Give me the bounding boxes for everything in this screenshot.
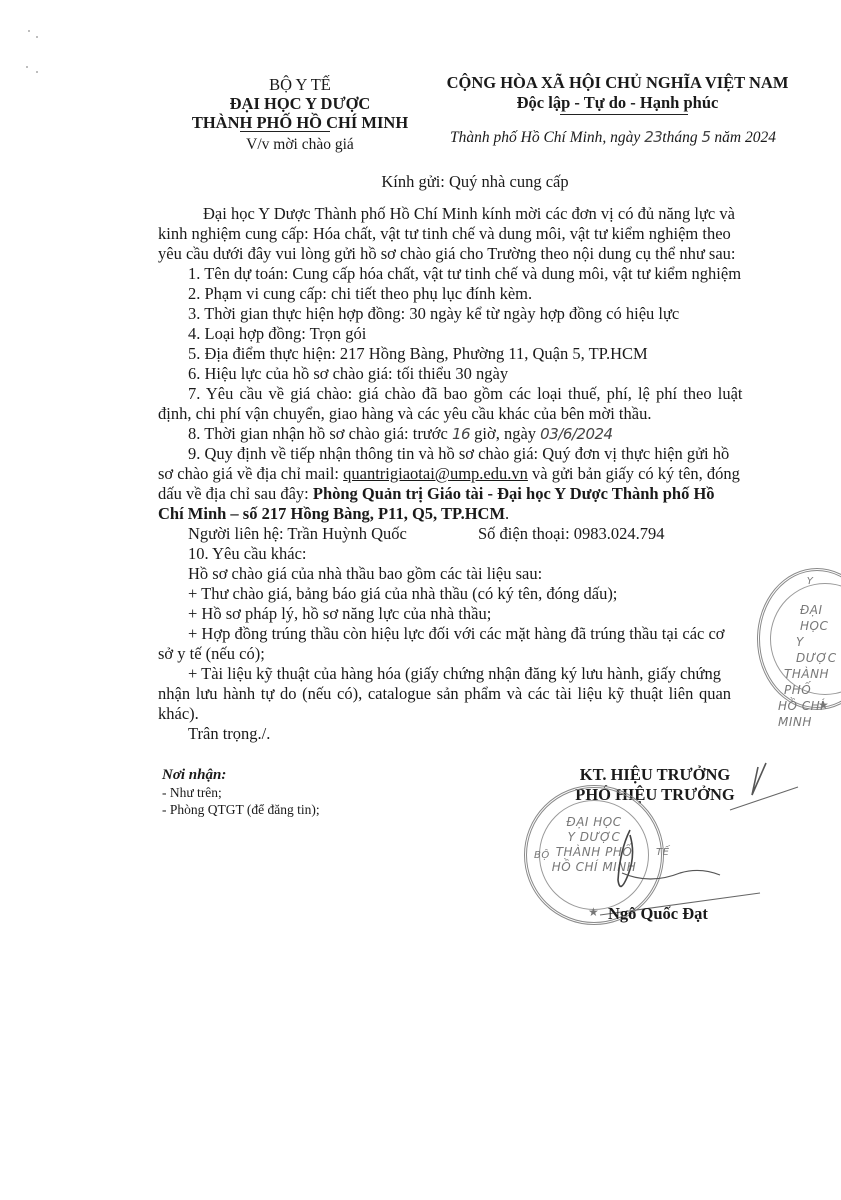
country-name: CỘNG HÒA XÃ HỘI CHỦ NGHĨA VIỆT NAM — [430, 73, 805, 93]
intro-line: kinh nghiệm cung cấp: Hóa chất, vật tư t… — [158, 224, 798, 244]
doc-item-cont: sở y tế (nếu có); — [158, 644, 798, 664]
handwritten-day: 23 — [644, 128, 662, 146]
salutation: Kính gửi: Quý nhà cung cấp — [150, 172, 800, 192]
letter-body: Đại học Y Dược Thành phố Hồ Chí Minh kín… — [158, 204, 798, 744]
header-left-rule — [240, 131, 330, 132]
scan-speck — [36, 71, 38, 73]
item-9-cont: sơ chào giá về địa chỉ mail: quantrigiao… — [158, 464, 798, 484]
contact-line: Người liên hệ: Trần Huỳnh QuốcSố điện th… — [158, 524, 798, 544]
item-8: 8. Thời gian nhận hồ sơ chào giá: trước … — [158, 424, 798, 444]
signer-name: Ngô Quốc Đạt — [608, 904, 708, 924]
scan-speck — [36, 36, 38, 38]
header-right: CỘNG HÒA XÃ HỘI CHỦ NGHĨA VIỆT NAM Độc l… — [430, 73, 805, 113]
closing: Trân trọng./. — [158, 724, 798, 744]
item-1: 1. Tên dự toán: Cung cấp hóa chất, vật t… — [158, 264, 798, 284]
item-9-cont: Chí Minh – số 217 Hồng Bàng, P11, Q5, TP… — [158, 504, 798, 524]
doc-item-cont: khác). — [158, 704, 798, 724]
doc-item: + Tài liệu kỹ thuật của hàng hóa (giấy c… — [158, 664, 798, 684]
contact-person: Người liên hệ: Trần Huỳnh Quốc — [188, 524, 478, 544]
intro-line: yêu cầu dưới đây vui lòng gửi hồ sơ chào… — [158, 244, 798, 264]
ministry-name: BỘ Y TẾ — [150, 75, 450, 94]
docs-intro: Hồ sơ chào giá của nhà thầu bao gồm các … — [158, 564, 798, 584]
contact-phone: Số điện thoại: 0983.024.794 — [478, 524, 665, 543]
handwritten-deadline-date: 03/6/2024 — [540, 425, 612, 443]
handwritten-month: 5 — [701, 128, 710, 146]
recipients-title: Nơi nhận: — [162, 766, 320, 784]
university-name-line2: THÀNH PHỐ HỒ CHÍ MINH — [150, 113, 450, 132]
item-7: 7. Yêu cầu về giá chào: giá chào đã bao … — [158, 384, 798, 404]
doc-item: + Hồ sơ pháp lý, hồ sơ năng lực của nhà … — [158, 604, 798, 624]
recipient-item: - Phòng QTGT (để đăng tin); — [162, 801, 320, 818]
recipients-block: Nơi nhận: - Như trên; - Phòng QTGT (để đ… — [162, 766, 320, 818]
item-10: 10. Yêu cầu khác: — [158, 544, 798, 564]
item-9: 9. Quy định về tiếp nhận thông tin và hồ… — [158, 444, 798, 464]
scan-speck — [26, 66, 28, 68]
doc-item: + Hợp đồng trúng thầu còn hiệu lực đối v… — [158, 624, 798, 644]
header-left: BỘ Y TẾ ĐẠI HỌC Y DƯỢC THÀNH PHỐ HỒ CHÍ … — [150, 75, 450, 132]
item-2: 2. Phạm vi cung cấp: chi tiết theo phụ l… — [158, 284, 798, 304]
university-name-line1: ĐẠI HỌC Y DƯỢC — [150, 94, 450, 113]
scan-speck — [28, 30, 30, 32]
item-3: 3. Thời gian thực hiện hợp đồng: 30 ngày… — [158, 304, 798, 324]
document-date: Thành phố Hồ Chí Minh, ngày 23tháng 5 nă… — [450, 128, 776, 147]
national-motto: Độc lập - Tự do - Hạnh phúc — [430, 93, 805, 113]
stamp-star-icon: ★ — [818, 698, 829, 713]
doc-item-cont: nhận lưu hành tự do (nếu có), catalogue … — [158, 684, 798, 704]
handwritten-hour: 16 — [452, 425, 470, 443]
stamp-text-partial: ĐẠI HỌC Y DƯỢC THÀNH PHỐ HỒ CHÍ MINH — [778, 602, 841, 730]
intro-line: Đại học Y Dược Thành phố Hồ Chí Minh kín… — [158, 204, 798, 224]
motto-rule — [560, 114, 688, 115]
item-4: 4. Loại hợp đồng: Trọn gói — [158, 324, 798, 344]
item-9-cont: dấu về địa chỉ sau đây: Phòng Quản trị G… — [158, 484, 798, 504]
item-6: 6. Hiệu lực của hồ sơ chào giá: tối thiể… — [158, 364, 798, 384]
recipient-item: - Như trên; — [162, 784, 320, 801]
email-link[interactable]: quantrigiaotai@ump.edu.vn — [343, 464, 528, 483]
subject-line: V/v mời chào giá — [150, 136, 450, 154]
doc-item: + Thư chào giá, bảng báo giá của nhà thầ… — [158, 584, 798, 604]
item-7-cont: định, chi phí vận chuyển, giao hàng và c… — [158, 404, 798, 424]
item-5: 5. Địa điểm thực hiện: 217 Hồng Bàng, Ph… — [158, 344, 798, 364]
